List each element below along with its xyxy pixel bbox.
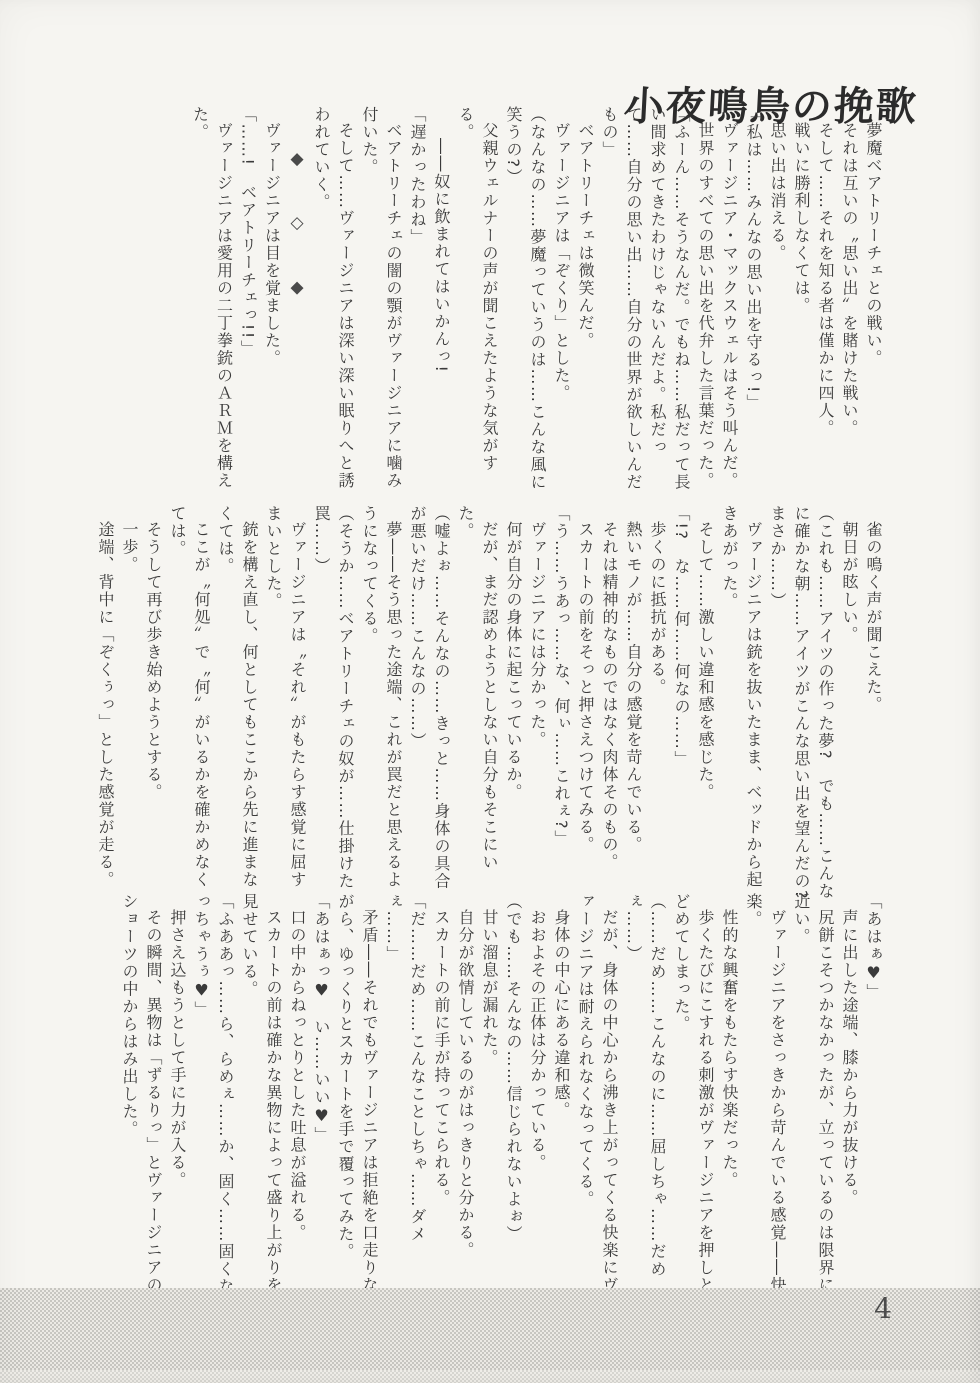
paragraph: ベアトリーチェは微笑んだ。	[573, 106, 597, 504]
paragraph: だが、まだ認めようとしない自分もそこにいた。	[453, 505, 501, 901]
paragraph: （でも……そんなの……信じられないよぉ）	[501, 893, 525, 1297]
paragraph: 父親ウェルナーの声が聞こえたような気がする。	[453, 106, 501, 504]
paragraph: 「!? な……何……何なの……」	[669, 505, 693, 901]
paragraph: 「あはぁっ♥ い……いい♥」	[309, 893, 333, 1297]
paragraph: 尻餅こそつかなかったが、立っているのは限界に近い。	[789, 893, 837, 1297]
paragraph: ――奴に飲まれてはいかんっ!	[429, 106, 453, 504]
paragraph: ベアトリーチェの闇の顎がヴァージニアに噛み付いた。	[357, 106, 405, 504]
paragraph: 歩くのに抵抗がある。	[645, 505, 669, 901]
text-section-battle: 夢魔ベアトリーチェとの戦い。それは互いの〝思い出〟を賭けた戦い。そして……それを…	[85, 106, 885, 504]
paragraph: 声に出した途端、膝から力が抜ける。	[837, 893, 861, 1297]
paragraph: 思い出は消える。	[765, 106, 789, 504]
paragraph: 身体の中心にある違和感。	[549, 893, 573, 1297]
paragraph: 「遅かったわね」	[405, 106, 429, 504]
paragraph: （なんなの……夢魔っていうのは……こんな風に笑うの?）	[501, 106, 549, 504]
paragraph: スカートの前は確かな異物によって盛り上がりを見せている。	[237, 893, 285, 1297]
paragraph: 朝日が眩しい。	[837, 505, 861, 901]
paragraph: （そうか……ベアトリーチェの奴が……仕掛けた罠……）	[309, 505, 357, 901]
paragraph: 「あはぁ♥」	[861, 893, 885, 1297]
paragraph: （……だめ……こんなのに……屈しちゃ……だめぇ……）	[621, 893, 669, 1297]
paragraph: 押さえ込もうとして手に力が入る。	[165, 893, 189, 1297]
paragraph: それは互いの〝思い出〟を賭けた戦い。	[837, 106, 861, 504]
paragraph: ヴァージニアは銃を抜いたまま、ベッドから起きあがった。	[717, 505, 765, 901]
paragraph: （これも……アイツの作った夢? でも……こんなに確かな朝……アイツがこんな思い出…	[765, 505, 837, 901]
paragraph: ヴァージニアは目を覚ました。	[260, 106, 284, 504]
paragraph: 雀の鳴く声が聞こえた。	[861, 505, 885, 901]
halftone-footer-band-edge	[0, 1370, 980, 1383]
paragraph: 口の中からねっとりとした吐息が溢れる。	[285, 893, 309, 1297]
paragraph: 矛盾――それでもヴァージニアは拒絶を口走りながら、ゆっくりとスカートを手で覆って…	[333, 893, 381, 1297]
text-section-sensation: 「あはぁ♥」声に出した途端、膝から力が抜ける。尻餅こそつかなかったが、立っている…	[85, 893, 885, 1297]
paragraph: 「……! ベアトリーチェっ!!」	[236, 106, 260, 504]
paragraph: 「ふーん……そうなんだ。でもね……私だって長い間求めてきたわけじゃないんだよ。私…	[597, 106, 693, 504]
paragraph: そして……ヴァージニアは深い深い眠りへと誘われていく。	[309, 106, 357, 504]
paragraph: その瞬間、異物は「ずるりっ」とヴァージニアのショーツの中からはみ出した。	[117, 893, 165, 1297]
paragraph: ヴァージニアは「ぞくり」とした。	[549, 106, 573, 504]
paragraph: そうして再び歩き始めようとする。	[141, 505, 165, 901]
paragraph: 甘い溜息が漏れた。	[477, 893, 501, 1297]
paragraph: （嘘よぉ……そんなの……きっと……身体の具合が悪いだけ……こんなの……）	[405, 505, 453, 901]
halftone-footer-band	[0, 1288, 980, 1370]
paragraph: 性的な興奮をもたらす快楽だった。	[717, 893, 741, 1297]
text-section-waking: 雀の鳴く声が聞こえた。朝日が眩しい。（これも……アイツの作った夢? でも……こん…	[85, 505, 885, 901]
paragraph: 一歩。	[117, 505, 141, 901]
paragraph: ヴァージニアは愛用の二丁拳銃のＡＲＭを構えた。	[188, 106, 236, 504]
paragraph: ヴァージニア・マックスウェルはそう叫んだ。	[717, 106, 741, 504]
paragraph: 夢魔ベアトリーチェとの戦い。	[861, 106, 885, 504]
paragraph: 「だ……だめ……こんなことしちゃ……ダメぇ……」	[381, 893, 429, 1297]
paragraph: 世界のすべての思い出を代弁した言葉だった。	[693, 106, 717, 504]
paragraph: 熱いモノが……自分の感覚を苛んでいる。	[621, 505, 645, 901]
paragraph: スカートの前に手が持ってこられる。	[429, 893, 453, 1297]
page-number: 4	[874, 1292, 892, 1325]
section-separator-diamonds: ◆◇◆	[284, 106, 310, 504]
paragraph: 戦いに勝利しなくては。	[789, 106, 813, 504]
paragraph: 夢――そう思った途端、これが罠だと思えるようになってくる。	[357, 505, 405, 901]
paragraph: それは精神的なものではなく肉体そのもの。	[597, 505, 621, 901]
paragraph: そして……それを知る者は僅かに四人。	[813, 106, 837, 504]
scanned-novel-page: 小夜鳴鳥の挽歌 夢魔ベアトリーチェとの戦い。それは互いの〝思い出〟を賭けた戦い。…	[0, 0, 980, 1383]
paragraph: 途端、背中に「ぞくぅっ」とした感覚が走る。	[93, 505, 117, 901]
paragraph: 銃を構え直し、何としてもここから先に進まなくては。	[213, 505, 261, 901]
paragraph: 「う……うあっ……な、何ぃ……これぇ?」	[549, 505, 573, 901]
paragraph: 「私は……みんなの思い出を守るっ!」	[741, 106, 765, 504]
paragraph: ここが〝何処〟で〝何〟がいるかを確かめなくては。	[165, 505, 213, 901]
paragraph: 歩くたびにこすれる刺激がヴァージニアを押しとどめてしまった。	[669, 893, 717, 1297]
paragraph: ヴァージニアをさっきから苛んでいる感覚――快楽。	[741, 893, 789, 1297]
paragraph: だが、身体の中心から沸き上がってくる快楽にヴァージニアは耐えられなくなってくる。	[573, 893, 621, 1297]
paragraph: おおよその正体は分かっている。	[525, 893, 549, 1297]
paragraph: そして……激しい違和感を感じた。	[693, 505, 717, 901]
paragraph: 何が自分の身体に起こっているか。	[501, 505, 525, 901]
paragraph: ヴァージニアには分かった。	[525, 505, 549, 901]
paragraph: ヴァージニアは〝それ〟がもたらす感覚に屈すまいとした。	[261, 505, 309, 901]
paragraph: 「ふああっ……ら、らめぇ……か、固く……固くなっちゃうぅ♥」	[189, 893, 237, 1297]
paragraph: 自分が欲情しているのがはっきりと分かる。	[453, 893, 477, 1297]
paragraph: スカートの前をそっと押さえつけてみる。	[573, 505, 597, 901]
